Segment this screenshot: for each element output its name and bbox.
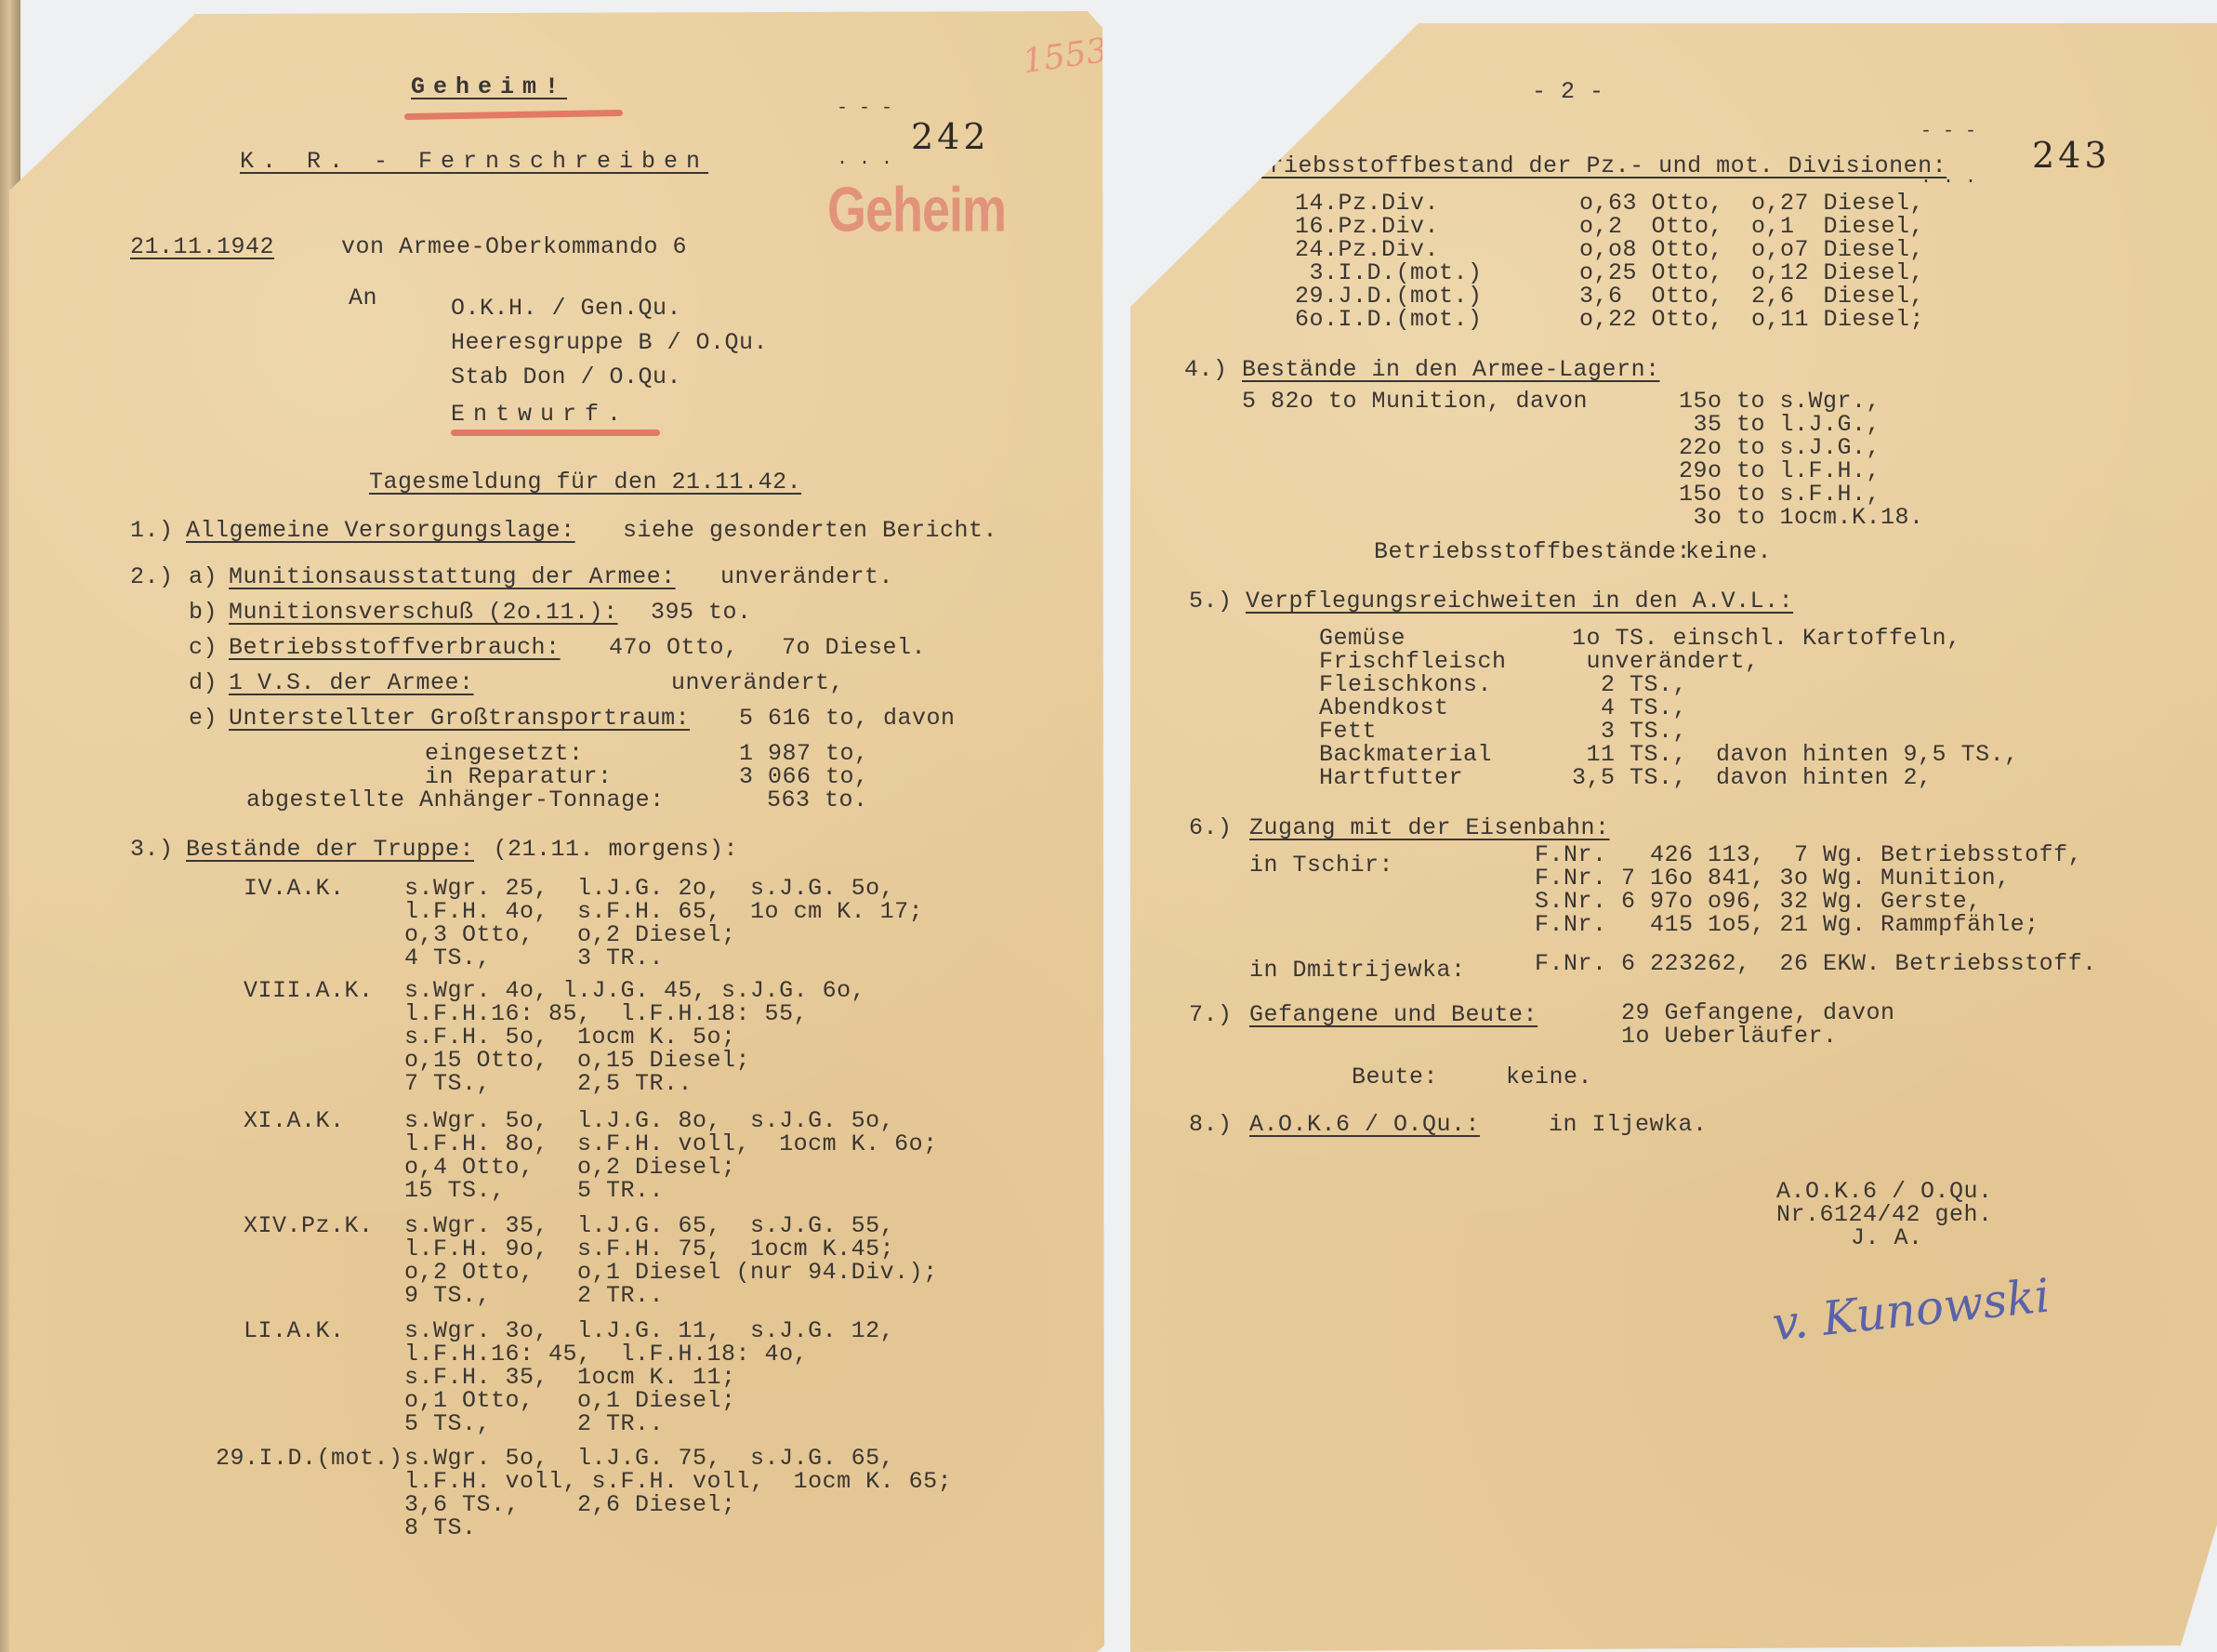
unit-line: 15 TS., 5 TR.. bbox=[404, 1178, 664, 1204]
fuel-diesel: o,11 Diesel; bbox=[1751, 307, 1924, 333]
ammo-item: 3o to 1ocm.K.18. bbox=[1679, 505, 1924, 531]
fuel-unit: 6o.I.D.(mot.) bbox=[1295, 307, 1483, 333]
sub-value: unverändert. bbox=[720, 564, 893, 590]
fuel-stock-label: Betriebsstoffbestände: bbox=[1374, 539, 1691, 565]
unit-name: XIV.Pz.K. bbox=[244, 1213, 374, 1239]
section-number: 6.) bbox=[1189, 815, 1233, 841]
fuel-otto: o,22 Otto, bbox=[1579, 307, 1723, 333]
report-title: Tagesmeldung für den 21.11.42. bbox=[369, 469, 801, 496]
unit-line: 5 TS., 2 TR.. bbox=[404, 1411, 664, 1437]
unit-name: IV.A.K. bbox=[244, 876, 345, 902]
section-number: 7.) bbox=[1189, 1002, 1233, 1028]
sub-letter: c) bbox=[189, 635, 218, 661]
closing-line: J. A. bbox=[1851, 1225, 1923, 1251]
page-2: - 2 - - - - 243 . . . Betriebsstoffbesta… bbox=[1130, 0, 2217, 1652]
section-suffix: (21.11. morgens): bbox=[479, 837, 738, 863]
page-1: 1553 Geheim! - - - 242 . . . Geheim K. R… bbox=[9, 0, 1106, 1652]
sub-letter: d) bbox=[189, 670, 218, 696]
unit-name: 29.I.D.(mot.) bbox=[216, 1446, 403, 1472]
section-number: 1.) bbox=[130, 518, 174, 544]
booty-label: Beute: bbox=[1352, 1064, 1438, 1090]
sub-label: Betriebsstoffverbrauch: bbox=[229, 635, 561, 661]
sub-value: 395 to. bbox=[651, 600, 752, 626]
folio-marks: - - - bbox=[837, 98, 892, 119]
transport-label: abgestellte Anhänger-Tonnage: bbox=[246, 787, 665, 813]
section-label: Bestände in den Armee-Lagern: bbox=[1242, 357, 1660, 383]
fuel-stock-value: keine. bbox=[1685, 539, 1772, 565]
sub-value: 47o Otto, 7o Diesel. bbox=[609, 635, 926, 661]
document-date: 21.11.1942 bbox=[130, 234, 274, 260]
archive-pencil-number: 1553 bbox=[1021, 32, 1110, 81]
classification-heading: Geheim! bbox=[411, 74, 567, 100]
recipient: O.K.H. / Gen.Qu. bbox=[451, 296, 681, 322]
section-label: Allgemeine Versorgungslage: bbox=[186, 518, 575, 544]
draft-label: Entwurf. bbox=[451, 402, 629, 428]
section-value: siehe gesonderten Bericht. bbox=[623, 518, 997, 544]
unit-line: 9 TS., 2 TR.. bbox=[404, 1283, 664, 1309]
section-number: 2.) bbox=[130, 564, 174, 590]
section-number: 8.) bbox=[1189, 1112, 1233, 1138]
page-marker: - 2 - bbox=[1532, 79, 1604, 105]
recipients-label: An bbox=[349, 285, 377, 311]
unit-name: LI.A.K. bbox=[244, 1318, 345, 1344]
folio-marks: - - - bbox=[1920, 121, 1976, 142]
section-label: Verpflegungsreichweiten in den A.V.L.: bbox=[1246, 588, 1793, 615]
sender: von Armee-Oberkommando 6 bbox=[341, 234, 687, 260]
recipient: Heeresgruppe B / O.Qu. bbox=[451, 330, 768, 356]
unit-line: 7 TS., 2,5 TR.. bbox=[404, 1071, 693, 1097]
section-label: Bestände der Truppe: bbox=[186, 837, 474, 863]
section-label: Zugang mit der Eisenbahn: bbox=[1249, 815, 1610, 841]
unit-line: 8 TS. bbox=[404, 1515, 477, 1541]
ration-item: Hartfutter bbox=[1319, 765, 1463, 791]
sub-letter: e) bbox=[189, 706, 218, 732]
sub-label: Munitionsausstattung der Armee: bbox=[229, 564, 676, 590]
sub-label: 1 V.S. der Armee: bbox=[229, 670, 474, 696]
rail-shipment: F.Nr. 415 1o5, 21 Wg. Rammpfähle; bbox=[1535, 912, 2039, 938]
geheim-stamp: Geheim bbox=[827, 174, 1006, 246]
unit-line: 4 TS., 3 TR.. bbox=[404, 945, 664, 971]
section-label: Gefangene und Beute: bbox=[1249, 1002, 1537, 1028]
section-label: A.O.K.6 / O.Qu.: bbox=[1249, 1112, 1480, 1138]
section-number: 5.) bbox=[1189, 588, 1233, 615]
red-pencil-underline bbox=[451, 430, 660, 436]
sub-label: Unterstellter Großtransportraum: bbox=[229, 706, 690, 732]
sub-value: unverändert, bbox=[671, 670, 844, 696]
section-number: 4.) bbox=[1184, 357, 1228, 383]
booty-value: keine. bbox=[1506, 1064, 1592, 1090]
transport-value: 563 to. bbox=[767, 787, 868, 813]
folio-number: 243 bbox=[2032, 135, 2111, 176]
unit-name: VIII.A.K. bbox=[244, 978, 374, 1004]
section-value: in Iljewka. bbox=[1549, 1112, 1708, 1138]
prisoners-value: 1o Ueberläufer. bbox=[1621, 1024, 1838, 1050]
document-type: K. R. - Fernschreiben bbox=[240, 149, 708, 175]
sub-value: 5 616 to, davon bbox=[739, 706, 956, 732]
section-number: 3.) bbox=[130, 837, 174, 863]
ration-value: 3,5 TS., davon hinten 2, bbox=[1572, 765, 1933, 791]
sub-label: Munitionsverschuß (2o.11.): bbox=[229, 600, 618, 626]
ammo-total: 5 82o to Munition, davon bbox=[1242, 389, 1588, 415]
folio-marks: . . . bbox=[837, 149, 892, 170]
sub-letter: a) bbox=[189, 564, 218, 590]
sub-letter: b) bbox=[189, 600, 218, 626]
rail-location: in Tschir: bbox=[1249, 852, 1393, 879]
rail-location: in Dmitrijewka: bbox=[1249, 958, 1466, 984]
recipient: Stab Don / O.Qu. bbox=[451, 364, 681, 390]
red-pencil-underline bbox=[404, 110, 623, 120]
signature: v. Kunowski bbox=[1770, 1269, 2052, 1352]
fuel-heading: Betriebsstoffbestand der Pz.- und mot. D… bbox=[1226, 153, 1946, 179]
unit-name: XI.A.K. bbox=[244, 1108, 345, 1134]
folio-number: 242 bbox=[911, 116, 990, 157]
rail-shipment: F.Nr. 6 223262, 26 EKW. Betriebsstoff. bbox=[1535, 951, 2097, 977]
